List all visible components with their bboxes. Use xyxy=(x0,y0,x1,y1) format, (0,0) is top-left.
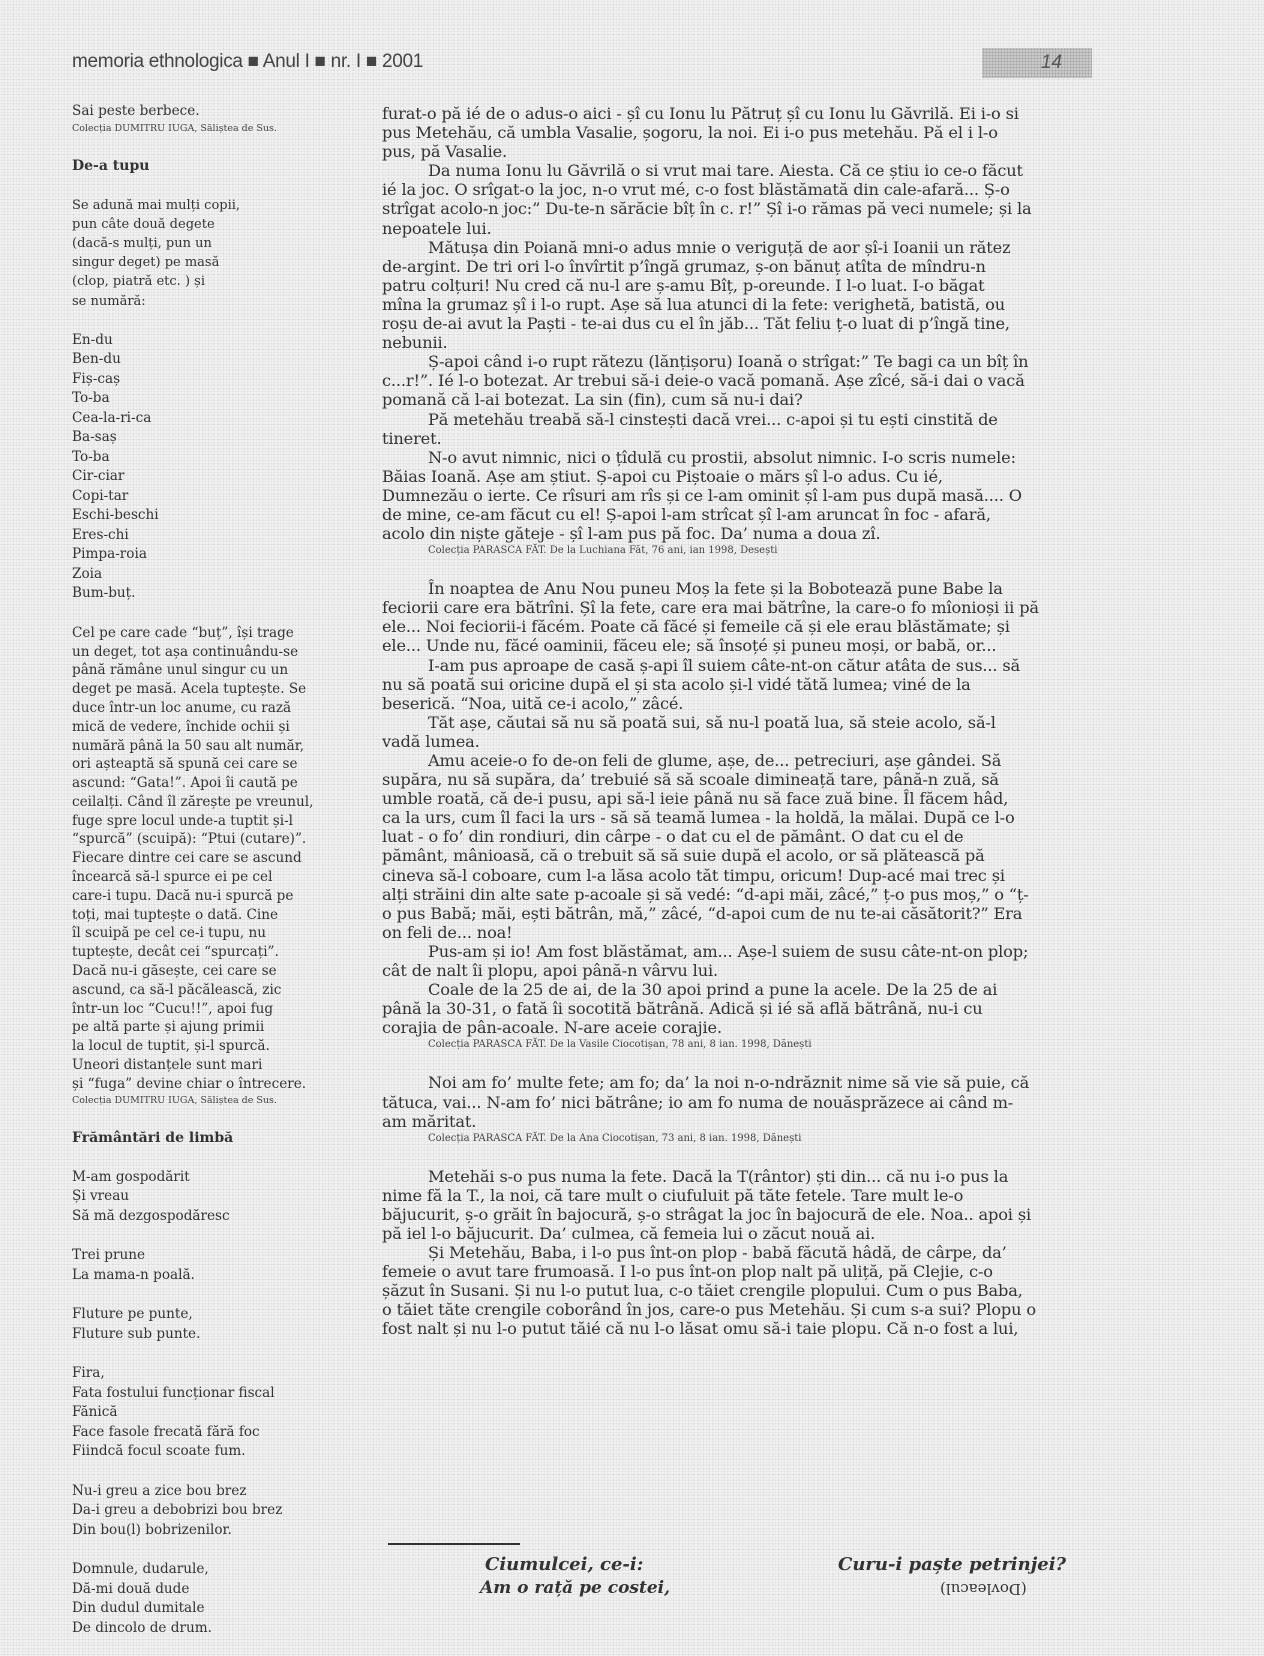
paragraph-line: ié la joc. O srîgat-o la joc, n-o vrut m… xyxy=(382,180,1094,199)
paragraph-line: nu să poată sui oricine după el și sta a… xyxy=(382,675,1094,694)
paragraph-line: furat-o pă ié de o adus-o aici - șî cu I… xyxy=(382,104,1094,123)
tongue-twister-line: Fluture sub punte. xyxy=(72,1325,362,1345)
game-description-line: (clop, piatră etc. ) și xyxy=(72,272,362,291)
paragraph-line: Băias Ioană. Așe am știut. Ș-apoi cu Piș… xyxy=(382,467,1094,486)
paragraph-line: până la 30-31, o fată îi socotită bătrân… xyxy=(382,999,1094,1018)
riddle-line-2: Am o rață pe costei, xyxy=(480,1578,670,1598)
game-rules-line: și “fuga” devine chiar o întrecere. xyxy=(72,1075,362,1094)
tongue-twister-line: Și vreau xyxy=(72,1187,362,1207)
game-rules-line: ceilalți. Când îl zărește pe vreunul, xyxy=(72,793,362,812)
game-rules-line: un deget, tot așa continuându-se xyxy=(72,643,362,662)
paragraph-line: corajia de pân-acoale. N-are aceie coraj… xyxy=(382,1018,1094,1037)
paragraph-line: Noi am fo’ multe fete; am fo; da’ la noi… xyxy=(382,1073,1094,1092)
tongue-twister-line: Să mă dezgospodăresc xyxy=(72,1207,362,1227)
paragraph-line: mîna la grumaz șî i l-o rupt. Așe să lua… xyxy=(382,295,1094,314)
paragraph-line: nepoatele lui. xyxy=(382,219,1094,238)
tongue-twister-line: Fata fostului funcționar fiscal xyxy=(72,1384,362,1404)
paragraph-line: Amu aceie-o fo de-on feli de glume, așe,… xyxy=(382,751,1094,770)
game-rules-line: Fiecare dintre cei care se ascund xyxy=(72,849,362,868)
game-rules-line: la locul de tuptit, și-l spurcă. xyxy=(72,1037,362,1056)
right-column: furat-o pă ié de o adus-o aici - șî cu I… xyxy=(382,104,1094,1339)
tongue-twister-line: Dă-mi două dude xyxy=(72,1580,362,1600)
paragraph-line: ele... Unde nu, făcé oaminii, făceu ele;… xyxy=(382,636,1094,655)
paragraph-line: băjucurit, ș-o grăit în bajocură, ș-o st… xyxy=(382,1205,1094,1224)
counting-rhyme-line: Eres-chi xyxy=(72,526,362,546)
spacer xyxy=(382,559,1094,579)
counting-rhyme-line: Cea-la-ri-ca xyxy=(72,409,362,429)
collection-credit: Colecția DUMITRU IUGA, Săliștea de Sus. xyxy=(72,1094,362,1108)
paragraph-line: pus, pă Vasalie. xyxy=(382,142,1094,161)
paragraph-line: Mătușa din Poiană mni-o adus mnie o veri… xyxy=(382,238,1094,257)
paragraph-line: acolo din niște găteje - șî l-am pus pă … xyxy=(382,524,1094,543)
spacer xyxy=(72,1148,362,1168)
tongue-twister-line: Face fasole frecată fără foc xyxy=(72,1423,362,1443)
page-number-box: 14 xyxy=(982,48,1092,78)
game-rules-line: “spurcă” (scuipă): “Ptui (cutare)”. xyxy=(72,830,362,849)
game-rules-line: duce într-un loc anume, cu rază xyxy=(72,699,362,718)
paragraph-line: vadă lumea. xyxy=(382,732,1094,751)
game-rules-line: într-un loc “Cucu!!”, apoi fug xyxy=(72,1000,362,1019)
game-rules-line: Uneori distanțele sunt mari xyxy=(72,1056,362,1075)
game-rules-line: ascund: “Gata!”. Apoi îi caută pe xyxy=(72,774,362,793)
paragraph-line: umble roată, că de-i pusu, api să-l ieie… xyxy=(382,789,1094,808)
tongue-twister-line: La mama-n poală. xyxy=(72,1266,362,1286)
game-rules-line: pe altă parte și ajung primii xyxy=(72,1018,362,1037)
tongue-twister-line: Domnule, dudarule, xyxy=(72,1560,362,1580)
game-rules-line: tuptește, decât cei “spurcați”. xyxy=(72,943,362,962)
paragraph-line: pă iel l-o băjucurit. Da’ culmea, că fem… xyxy=(382,1224,1094,1243)
paragraph-line: Pă metehău treabă să-l cinstești dacă vr… xyxy=(382,410,1094,429)
tongue-twister-line: M-am gospodărit xyxy=(72,1168,362,1188)
game-rules-line: ori așteaptă să spună cei care se xyxy=(72,755,362,774)
tongue-twister-line: Da-i greu a debobrizi bou brez xyxy=(72,1501,362,1521)
spacer xyxy=(72,1344,362,1364)
counting-rhyme-line: Eschi-beschi xyxy=(72,506,362,526)
paragraph-line: alți străini din alte sate p-acoale și s… xyxy=(382,885,1094,904)
counting-rhyme-line: To-ba xyxy=(72,389,362,409)
paragraph-line: șăzut în Susani. Și nu l-o putut lua, c-… xyxy=(382,1281,1094,1300)
game-description-line: pun câte două degete xyxy=(72,215,362,234)
counting-rhyme-line: Copi-tar xyxy=(72,487,362,507)
paragraph-line: de-argint. De tri ori l-o învîrtit p’îng… xyxy=(382,257,1094,276)
game-rules-line: toți, mai tuptește o dată. Cine xyxy=(72,906,362,925)
tongue-twister-line: Fănică xyxy=(72,1403,362,1423)
spacer xyxy=(72,1462,362,1482)
paragraph-line: Metehăi s-o pus numa la fete. Dacă la T(… xyxy=(382,1167,1094,1186)
page-number: 14 xyxy=(1041,52,1062,74)
paragraph-line: ca la urs, cum îl faci la urs - să să te… xyxy=(382,808,1094,827)
paragraph-line: N-o avut nimnic, nici o țîdulă cu prosti… xyxy=(382,448,1094,467)
tongue-twister-line: Din bou(l) bobrizenilor. xyxy=(72,1521,362,1541)
spacer xyxy=(72,1540,362,1560)
paragraph-line: luat - o fo’ din rondiuri, din cârpe - o… xyxy=(382,827,1094,846)
paragraph-line: pus Metehău, că umbla Vasalie, șogoru, l… xyxy=(382,123,1094,142)
spacer xyxy=(72,1108,362,1128)
paragraph-line: am măritat. xyxy=(382,1112,1094,1131)
game-rules-line: Cel pe care cade “buț”, își trage xyxy=(72,624,362,643)
counting-rhyme-line: Zoia xyxy=(72,565,362,585)
paragraph-line: tătuca, vai... N-am fo’ nici bătrâne; io… xyxy=(382,1093,1094,1112)
game-description-line: (dacă-s mulți, pun un xyxy=(72,234,362,253)
section-heading: Frământări de limbă xyxy=(72,1128,362,1148)
counting-rhyme-line: En-du xyxy=(72,331,362,351)
paragraph-line: patru colțuri! Nu cred că nu-l are ș-amu… xyxy=(382,276,1094,295)
counting-rhyme-line: Bum-buț. xyxy=(72,584,362,604)
game-rules-line: îl scuipă pe cel ce-i tupu, nu xyxy=(72,924,362,943)
game-description-line: Se adună mai mulți copii, xyxy=(72,196,362,215)
collection-credit: Colecția PARASCA FĂT. De la Ana Ciocotiș… xyxy=(382,1131,1094,1147)
paragraph-line: c...r!”. Ié l-o botezat. Ar trebui să-i … xyxy=(382,371,1094,390)
paragraph-line: roșu de-ai avut la Paști - te-ai dus cu … xyxy=(382,314,1094,333)
spacer xyxy=(72,176,362,196)
tongue-twister-line: De dincolo de drum. xyxy=(72,1619,362,1639)
paragraph-line: de mine, ce-am făcut cu el! Ș-apoi l-am … xyxy=(382,505,1094,524)
spacer xyxy=(72,136,362,156)
paragraph-line: tineret. xyxy=(382,429,1094,448)
paragraph-line: femeie o avut tare frumoasă. I l-o pus î… xyxy=(382,1262,1094,1281)
riddle-line-1: Ciumulcei, ce-i: xyxy=(485,1554,643,1575)
spacer xyxy=(72,1285,362,1305)
tongue-twister-line: Trei prune xyxy=(72,1246,362,1266)
paragraph-line: I-am pus aproape de casă ș-api îl suiem … xyxy=(382,656,1094,675)
spacer xyxy=(72,311,362,331)
paragraph-line: cât de nalt îi plopu, apoi până-n vârvu … xyxy=(382,961,1094,980)
counting-rhyme-line: Cir-ciar xyxy=(72,467,362,487)
game-rules-line: care-i tupu. Dacă nu-i spurcă pe xyxy=(72,887,362,906)
paragraph-line: Ș-apoi când i-o rupt rătezu (lănțișoru) … xyxy=(382,352,1094,371)
paragraph-line: o tăiet tăte crengile coborând în jos, c… xyxy=(382,1300,1094,1319)
paragraph-line: o pus Babă; măi, ești bătrân, mă,” zâcé,… xyxy=(382,904,1094,923)
tongue-twister-line: Nu-i greu a zice bou brez xyxy=(72,1482,362,1502)
paragraph-line: feciorii care era bătrîni. Șî la fete, c… xyxy=(382,598,1094,617)
game-rules-line: mică de vedere, închide ochii și xyxy=(72,718,362,737)
paragraph-line: beserică. “Noa, uită ce-i acolo,” zâcé. xyxy=(382,694,1094,713)
paragraph-line: ele... Noi feciorii-i făcém. Poate că fă… xyxy=(382,617,1094,636)
journal-title: memoria ethnologica ■ Anul I ■ nr. I ■ 2… xyxy=(72,51,423,73)
paragraph-line: Și Metehău, Baba, i l-o pus înt-on plop … xyxy=(382,1243,1094,1262)
intro-line: Sai peste berbece. xyxy=(72,102,362,122)
paragraph-line: Coale de la 25 de ai, de la 30 apoi prin… xyxy=(382,980,1094,999)
tongue-twister-line: Fira, xyxy=(72,1364,362,1384)
paragraph-line: fost nalt și nu l-o putut tăié că nu l-o… xyxy=(382,1319,1094,1338)
paragraph-line: Dumnezău o ierte. Ce rîsuri am rîs și ce… xyxy=(382,486,1094,505)
paragraph-line: pomană că l-ai botezat. La sin (fin), cu… xyxy=(382,390,1094,409)
game-rules-line: deget pe masă. Acela tuptește. Se xyxy=(72,680,362,699)
riddle-line-3: Curu-i paște petrinjei? xyxy=(838,1554,1066,1575)
counting-rhyme-line: Fiș-caș xyxy=(72,370,362,390)
left-column: Sai peste berbece.Colecția DUMITRU IUGA,… xyxy=(72,102,362,1638)
game-rules-line: numără până la 50 sau alt număr, xyxy=(72,737,362,756)
game-rules-line: fuge spre locul unde-a tuptit și-l xyxy=(72,812,362,831)
counting-rhyme-line: Pimpa-roia xyxy=(72,545,362,565)
counting-rhyme-line: Ba-saș xyxy=(72,428,362,448)
paragraph-line: on feli de... noa! xyxy=(382,923,1094,942)
counting-rhyme-line: Ben-du xyxy=(72,350,362,370)
collection-credit: Colecția PARASCA FĂT. De la Vasile Cioco… xyxy=(382,1037,1094,1053)
spacer xyxy=(72,1226,362,1246)
paragraph-line: strîgat acolo-n joc:” Du-te-n sărăcie bî… xyxy=(382,199,1094,218)
game-description-line: singur deget) pe masă xyxy=(72,253,362,272)
paragraph-line: Tăt așe, căutai să nu să poată sui, să n… xyxy=(382,713,1094,732)
tongue-twister-line: Din dudul dumitale xyxy=(72,1599,362,1619)
counting-rhyme-line: To-ba xyxy=(72,448,362,468)
game-rules-line: ascund, ca să-l păcălească, zic xyxy=(72,981,362,1000)
game-rules-line: până rămâne unul singur cu un xyxy=(72,661,362,680)
paragraph-line: cineva să-l coboare, cum l-a lăsa acolo … xyxy=(382,866,1094,885)
paragraph-line: nebunii. xyxy=(382,333,1094,352)
tongue-twister-line: Fluture pe punte, xyxy=(72,1305,362,1325)
game-rules-line: Dacă nu-i găsește, cei care se xyxy=(72,962,362,981)
spacer xyxy=(72,604,362,624)
section-heading: De-a tupu xyxy=(72,156,362,176)
game-description-line: se numără: xyxy=(72,292,362,311)
spacer xyxy=(382,1147,1094,1167)
riddle-divider xyxy=(388,1543,520,1545)
paragraph-line: În noaptea de Anu Nou puneu Moș la fete … xyxy=(382,579,1094,598)
riddle-answer-upside-down: (Dovleacul) xyxy=(940,1580,1027,1598)
spacer xyxy=(382,1053,1094,1073)
collection-credit: Colecția DUMITRU IUGA, Săliștea de Sus. xyxy=(72,122,362,136)
game-rules-line: încearcă să-l spurce ei pe cel xyxy=(72,868,362,887)
page-header: memoria ethnologica ■ Anul I ■ nr. I ■ 2… xyxy=(72,48,1092,80)
paragraph-line: supăra, nu să supăra, da’ trebuié să să … xyxy=(382,770,1094,789)
paragraph-line: Pus-am și io! Am fost blăstămat, am... A… xyxy=(382,942,1094,961)
paragraph-line: Da numa Ionu lu Găvrilă o si vrut mai ta… xyxy=(382,161,1094,180)
tongue-twister-line: Fiindcă focul scoate fum. xyxy=(72,1442,362,1462)
collection-credit: Colecția PARASCA FĂT. De la Luchiana Făt… xyxy=(382,543,1094,559)
paragraph-line: nime fă la T., la noi, că tare mult o ci… xyxy=(382,1186,1094,1205)
paragraph-line: pământ, mânioasă, că o trebuit să să sui… xyxy=(382,846,1094,865)
